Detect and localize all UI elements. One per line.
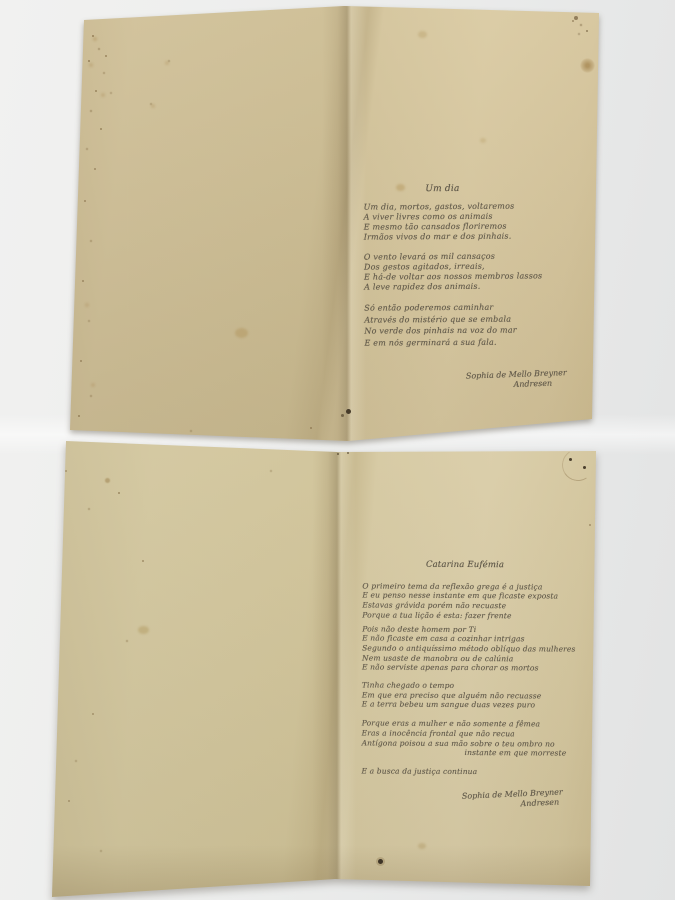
- manuscript-card-um-dia: Um dia Um dia, mortos, gastos, voltaremo…: [66, 4, 602, 446]
- poem-line: O primeiro tema da reflexão grega é a ju…: [362, 581, 567, 592]
- poem-line: A viver livres como os animais: [364, 211, 534, 222]
- poem-line: O vento levará os mil cansaços: [364, 251, 534, 262]
- stain: [418, 843, 426, 849]
- poem-line: E há-de voltar aos nossos membros lassos: [364, 271, 534, 282]
- pinhole: [378, 859, 383, 864]
- poem-line: Antígona poisou a sua mão sobre o teu om…: [362, 738, 567, 749]
- poem-line: Nem usaste de manobra ou de calúnia: [362, 653, 567, 664]
- poem-line: Porque a tua lição é esta: fazer frente: [362, 610, 567, 621]
- stanza: Porque eras a mulher e não somente a fêm…: [362, 719, 567, 759]
- card-fold-crease: [322, 4, 374, 446]
- stain: [105, 478, 110, 483]
- stain: [580, 58, 595, 73]
- stain: [396, 184, 405, 191]
- poem-catarina-eufemia: Catarina Eufémia O primeiro tema da refl…: [361, 560, 567, 777]
- card-paper: Um dia Um dia, mortos, gastos, voltaremo…: [66, 4, 602, 446]
- signature-line: Andresen: [398, 797, 563, 814]
- stain: [418, 31, 427, 38]
- poem-line: Pois não deste homem por Ti: [362, 624, 567, 635]
- foxing-spots: [66, 4, 68, 6]
- poem-line: No verde dos pinhais na voz do mar: [364, 324, 534, 337]
- corner-crease: [559, 446, 597, 484]
- stanza: O vento levará os mil cansaços Dos gesto…: [364, 251, 534, 292]
- photograph-background: Um dia Um dia, mortos, gastos, voltaremo…: [0, 0, 675, 900]
- stain: [138, 626, 149, 634]
- stain: [235, 328, 248, 338]
- poem-line: Porque eras a mulher e não somente a fêm…: [362, 719, 567, 730]
- poem-line: E não serviste apenas para chorar os mor…: [362, 663, 567, 674]
- stanza: O primeiro tema da reflexão grega é a ju…: [362, 581, 567, 621]
- pinhole: [583, 466, 586, 469]
- poem-line: E a busca da justiça continua: [361, 766, 566, 777]
- author-signature: Sophia de Mello Breyner Andresen: [398, 787, 564, 814]
- poem-line: Só então poderemos caminhar: [364, 301, 534, 314]
- poem-line: Eras a inocência frontal que não recua: [362, 728, 567, 739]
- manuscript-card-catarina-eufemia: Catarina Eufémia O primeiro tema da refl…: [48, 439, 600, 900]
- signature-line: Andresen: [402, 378, 567, 394]
- poem-um-dia: Um dia Um dia, mortos, gastos, voltaremo…: [363, 183, 534, 358]
- signature-line: Sophia de Mello Breyner: [402, 368, 567, 384]
- foxing-spots: [66, 4, 68, 6]
- card-fold-crease: [312, 439, 364, 900]
- stanza: E a busca da justiça continua: [361, 766, 566, 777]
- poem-line: E a terra bebeu um sangue duas vezes pur…: [362, 700, 567, 711]
- card-paper: Catarina Eufémia O primeiro tema da refl…: [48, 439, 600, 900]
- stain: [480, 138, 486, 143]
- poem-line: A leve rapidez dos animais.: [364, 281, 534, 292]
- poem-title: Um dia: [357, 183, 527, 194]
- poem-line: E não ficaste em casa a cozinhar intriga…: [362, 634, 567, 645]
- poem-line: Irmãos vivos do mar e dos pinhais.: [364, 231, 534, 242]
- poem-line: Através do mistério que se embala: [364, 313, 534, 326]
- poem-line: Dos gestos agitados, irreais,: [364, 261, 534, 272]
- poem-line: E eu penso nesse instante em que ficaste…: [362, 591, 567, 602]
- poem-line: Tinha chegado o tempo: [362, 680, 567, 691]
- poem-line: Um dia, mortos, gastos, voltaremos: [364, 201, 534, 212]
- stanza: Pois não deste homem por Ti E não ficast…: [362, 624, 567, 674]
- poem-line: Segundo o antiquíssimo método oblíquo da…: [362, 643, 567, 654]
- poem-line: E mesmo tão cansados floriremos: [364, 221, 534, 232]
- poem-title: Catarina Eufémia: [363, 560, 568, 571]
- poem-line: E em nós germinará a sua fala.: [364, 336, 534, 349]
- pinhole: [569, 458, 572, 461]
- foxing-spots: [48, 439, 50, 441]
- author-signature: Sophia de Mello Breyner Andresen: [402, 368, 568, 394]
- poem-line: Em que era preciso que alguém não recuas…: [362, 690, 567, 701]
- poem-line: Estavas grávida porém não recuaste: [362, 601, 567, 612]
- pinhole: [346, 409, 351, 414]
- stanza: Só então poderemos caminhar Através do m…: [364, 301, 534, 348]
- poem-line-continuation: instante em que morreste: [465, 748, 567, 758]
- stanza: Um dia, mortos, gastos, voltaremos A viv…: [364, 201, 534, 242]
- stanza: Tinha chegado o tempo Em que era preciso…: [362, 680, 567, 710]
- signature-line: Sophia de Mello Breyner: [398, 787, 563, 804]
